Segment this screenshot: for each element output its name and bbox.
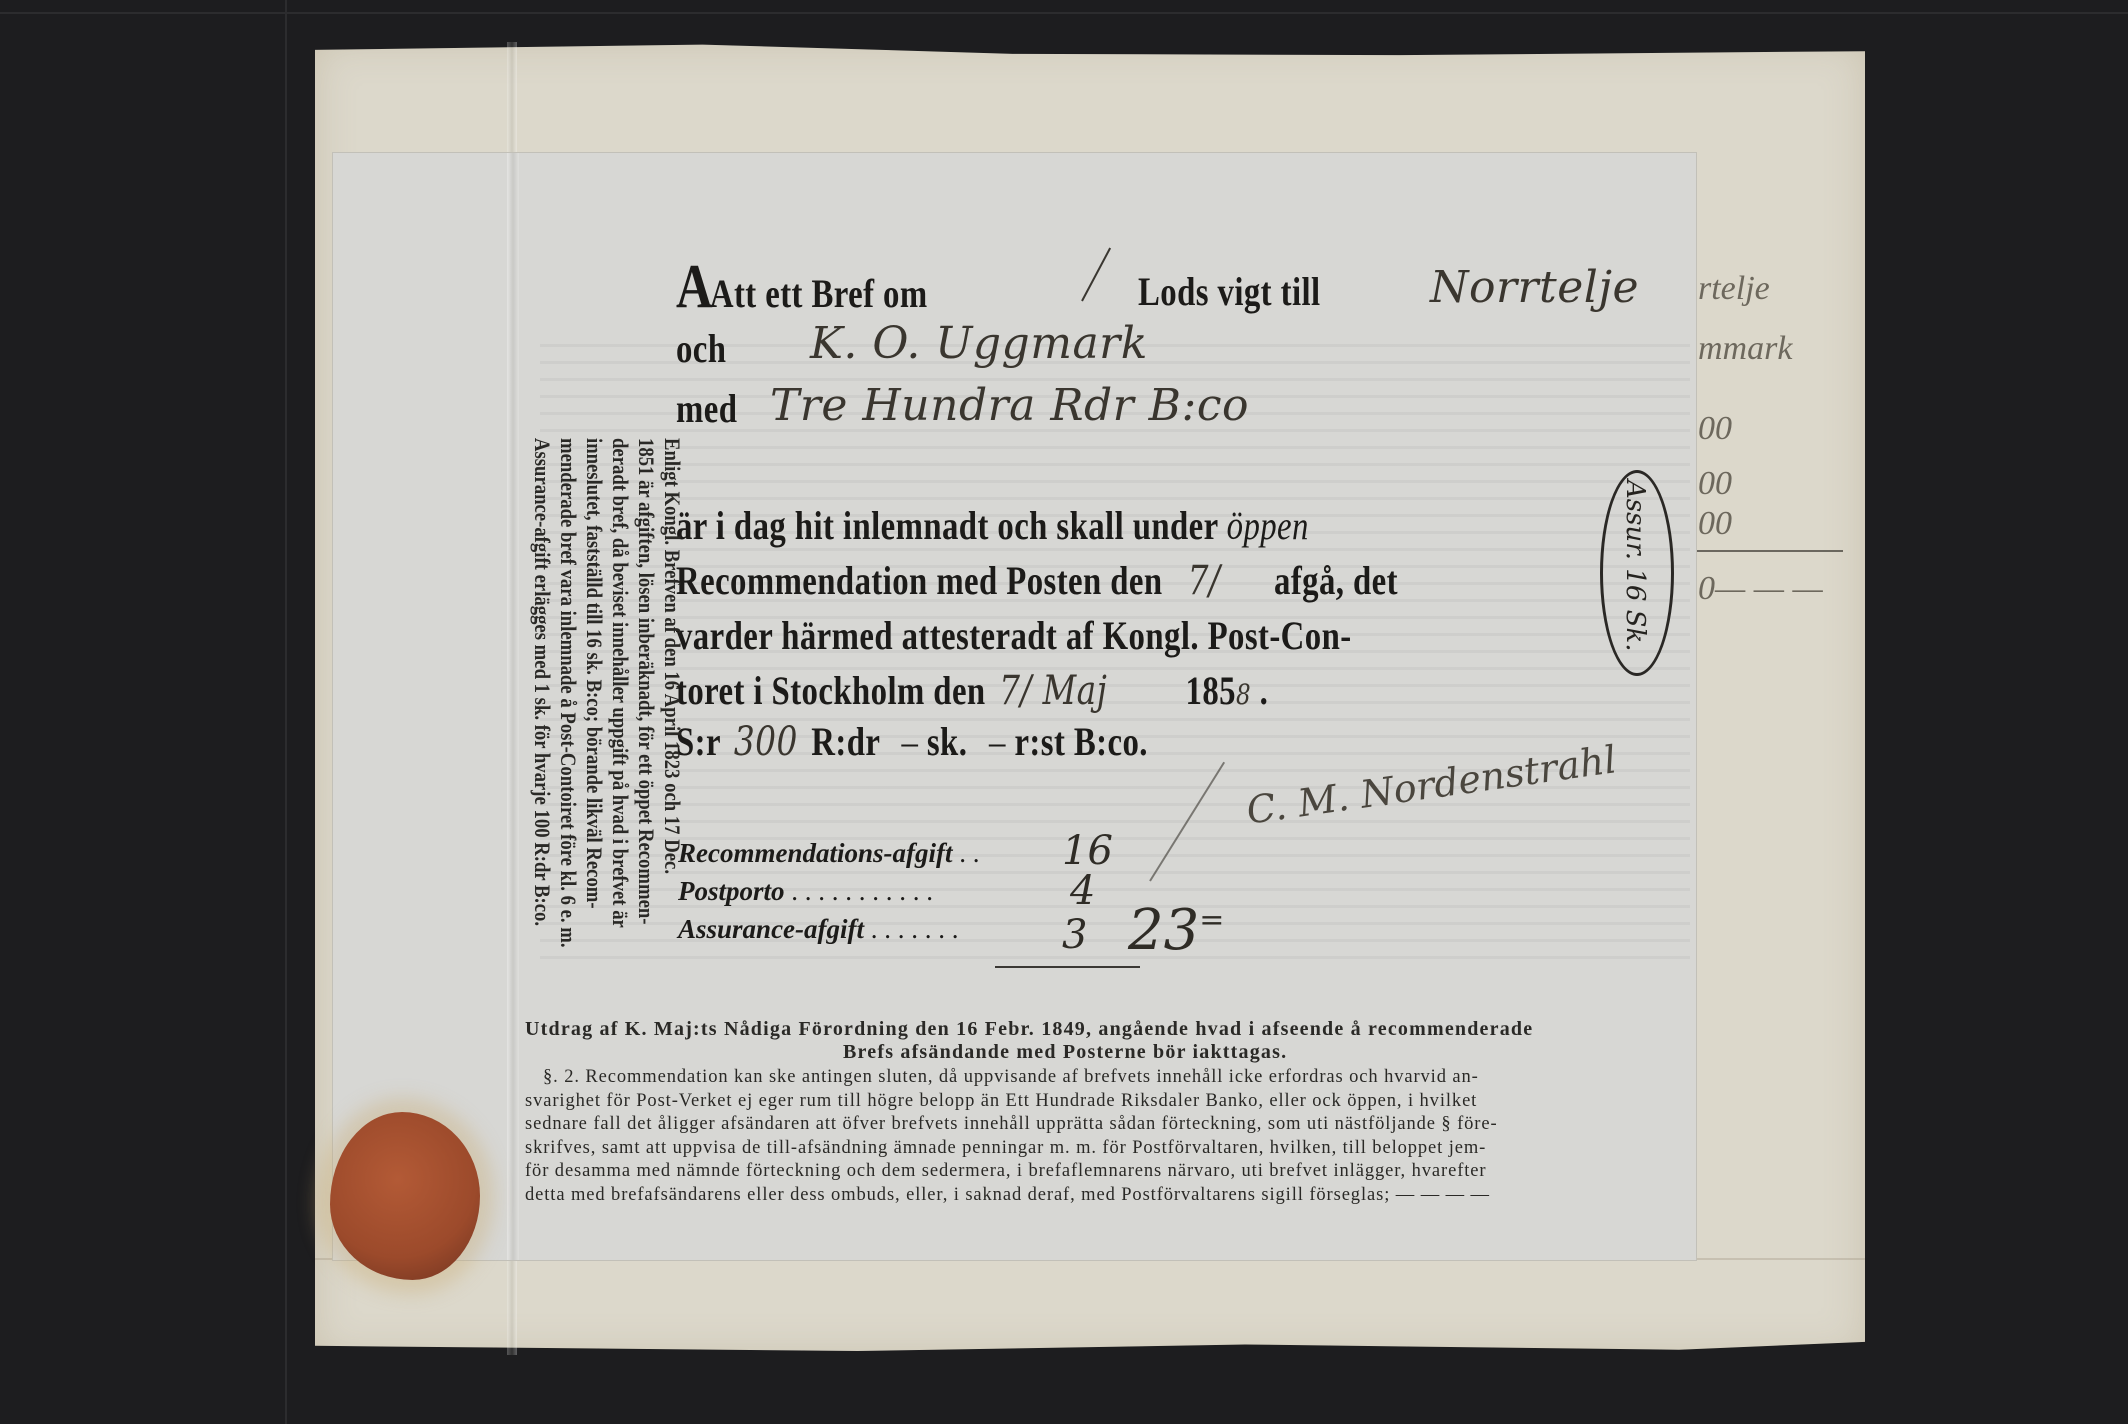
fee-row: Assurance-afgift . . . . . . . [678,914,959,945]
handwritten-date: 7/ Maj [999,668,1107,714]
body-line-5: S:r 300 R:dr – sk. – r:st B:co. [676,718,1148,765]
drop-cap: A [676,253,713,321]
handwritten-day: 7/ [1188,558,1221,604]
fee-row: Recommendations-afgift . . [678,838,979,869]
printed-year: 185 [1186,668,1236,713]
frame-edge-left [285,0,287,1424]
backing-rule-line [1695,550,1843,552]
backing-handwriting-2: mmark [1698,330,1792,368]
side-note-line: Assurance-afgift erlägges med 1 sk. för … [529,438,555,863]
body-line-1-text: är i dag hit inlemnadt och skall under [676,503,1218,548]
extract-line: §. 2. Recommendation kan ske antingen sl… [525,1066,1600,1090]
body-line-4: toret i Stockholm den 7/ Maj 1858 . [676,667,1268,714]
extract-title-1: Utdrag af K. Maj:ts Nådiga Förordning de… [525,1018,1600,1041]
extract-line: detta med brefafsändarens eller dess omb… [525,1184,1600,1208]
red-wax-seal [330,1112,480,1280]
slip-fold-line [507,153,519,1260]
body-period: . [1260,668,1269,713]
header-lods-vigt: Lods vigt till [1138,268,1321,315]
rdr-label: R:dr [811,719,879,764]
header-med: med [676,385,737,432]
backing-handwriting-1: rtelje [1698,270,1770,308]
fee-row: Postporto . . . . . . . . . . . [678,876,933,907]
handwritten-destination: Norrtelje [1430,262,1639,313]
frame-edge-top [0,12,2128,14]
extract-body: §. 2. Recommendation kan ske antingen sl… [525,1066,1600,1207]
side-note-line: deradt bref, då beviset innehåller uppgi… [607,438,633,863]
body-line-3: varder härmed attesteradt af Kongl. Post… [676,612,1352,659]
fee-dots: . . . . . . . . . . . [785,876,934,906]
backing-handwriting-3: 00 [1698,410,1732,448]
regulation-extract: Utdrag af K. Maj:ts Nådiga Förordning de… [525,1018,1600,1207]
fee-total-suffix: = [1199,902,1224,937]
body-line-2b: afgå, det [1274,558,1398,603]
backing-handwriting-5: 00 [1698,505,1732,543]
backing-handwriting-4: 00 [1698,465,1732,503]
fee-total-value: 23 [1128,898,1199,963]
fee-sum-rule [995,966,1140,968]
side-note-line: menderade bref vara inlemnade å Post-Con… [555,438,581,863]
fee-dots: . . [952,838,979,868]
side-note: Enligt Kongl. Brefven af den 16 April 18… [525,438,685,938]
handwritten-sum: 300 [734,719,798,765]
rst-label: r:st B:co. [1014,719,1147,764]
handwritten-year-digit: 8 [1236,678,1251,711]
header-och: och [676,325,726,372]
rst-dash: – [989,719,1006,764]
extract-line: sednare fall det åligger afsändaren att … [525,1113,1600,1137]
body-line-1: är i dag hit inlemnadt och skall under ö… [676,502,1309,549]
body-line-2: Recommendation med Posten den 7/ afgå, d… [676,557,1398,604]
backing-handwriting-6: 0— — — [1698,570,1823,608]
extract-title-2: Brefs afsändande med Posterne bör iaktta… [525,1041,1600,1064]
handwritten-recipient: K. O. Uggmark [810,318,1148,369]
side-note-line: inneslutet, fastställd till 16 sk. B:co;… [581,438,607,863]
fee-total: 23= [1128,898,1224,963]
fee-label: Assurance-afgift [678,914,864,944]
extract-line: för desamma med nämnde förteckning och d… [525,1160,1600,1184]
body-oppen-italic: öppen [1227,503,1309,548]
side-note-line: Enligt Kongl. Brefven af den 16 April 18… [659,438,685,863]
header-line-1: AAtt ett Bref om [676,252,928,323]
handwritten-amount: Tre Hundra Rdr B:co [770,380,1249,431]
extract-line: svarighet för Post-Verket ej eger rum ti… [525,1090,1600,1114]
fee-value-postporto: 4 [1070,868,1095,914]
extract-line: skrifves, samt att uppvisa de till-afsän… [525,1137,1600,1161]
fee-dots: . . . . . . . [864,914,959,944]
sk-dash: – [901,719,918,764]
stamp-text: Assur. 16 Sk. [1620,480,1650,680]
side-note-line: 1851 är afgiften, lösen inberäknadt, för… [633,438,659,863]
body-line-4a: toret i Stockholm den [676,668,986,713]
body-line-2a: Recommendation med Posten den [676,558,1163,603]
fee-label: Recommendations-afgift [678,838,952,868]
fee-label: Postporto [678,876,785,906]
fee-value-assurance: 3 [1062,912,1087,958]
sk-label: sk. [927,719,967,764]
header-text-a: Att ett Bref om [710,271,928,316]
